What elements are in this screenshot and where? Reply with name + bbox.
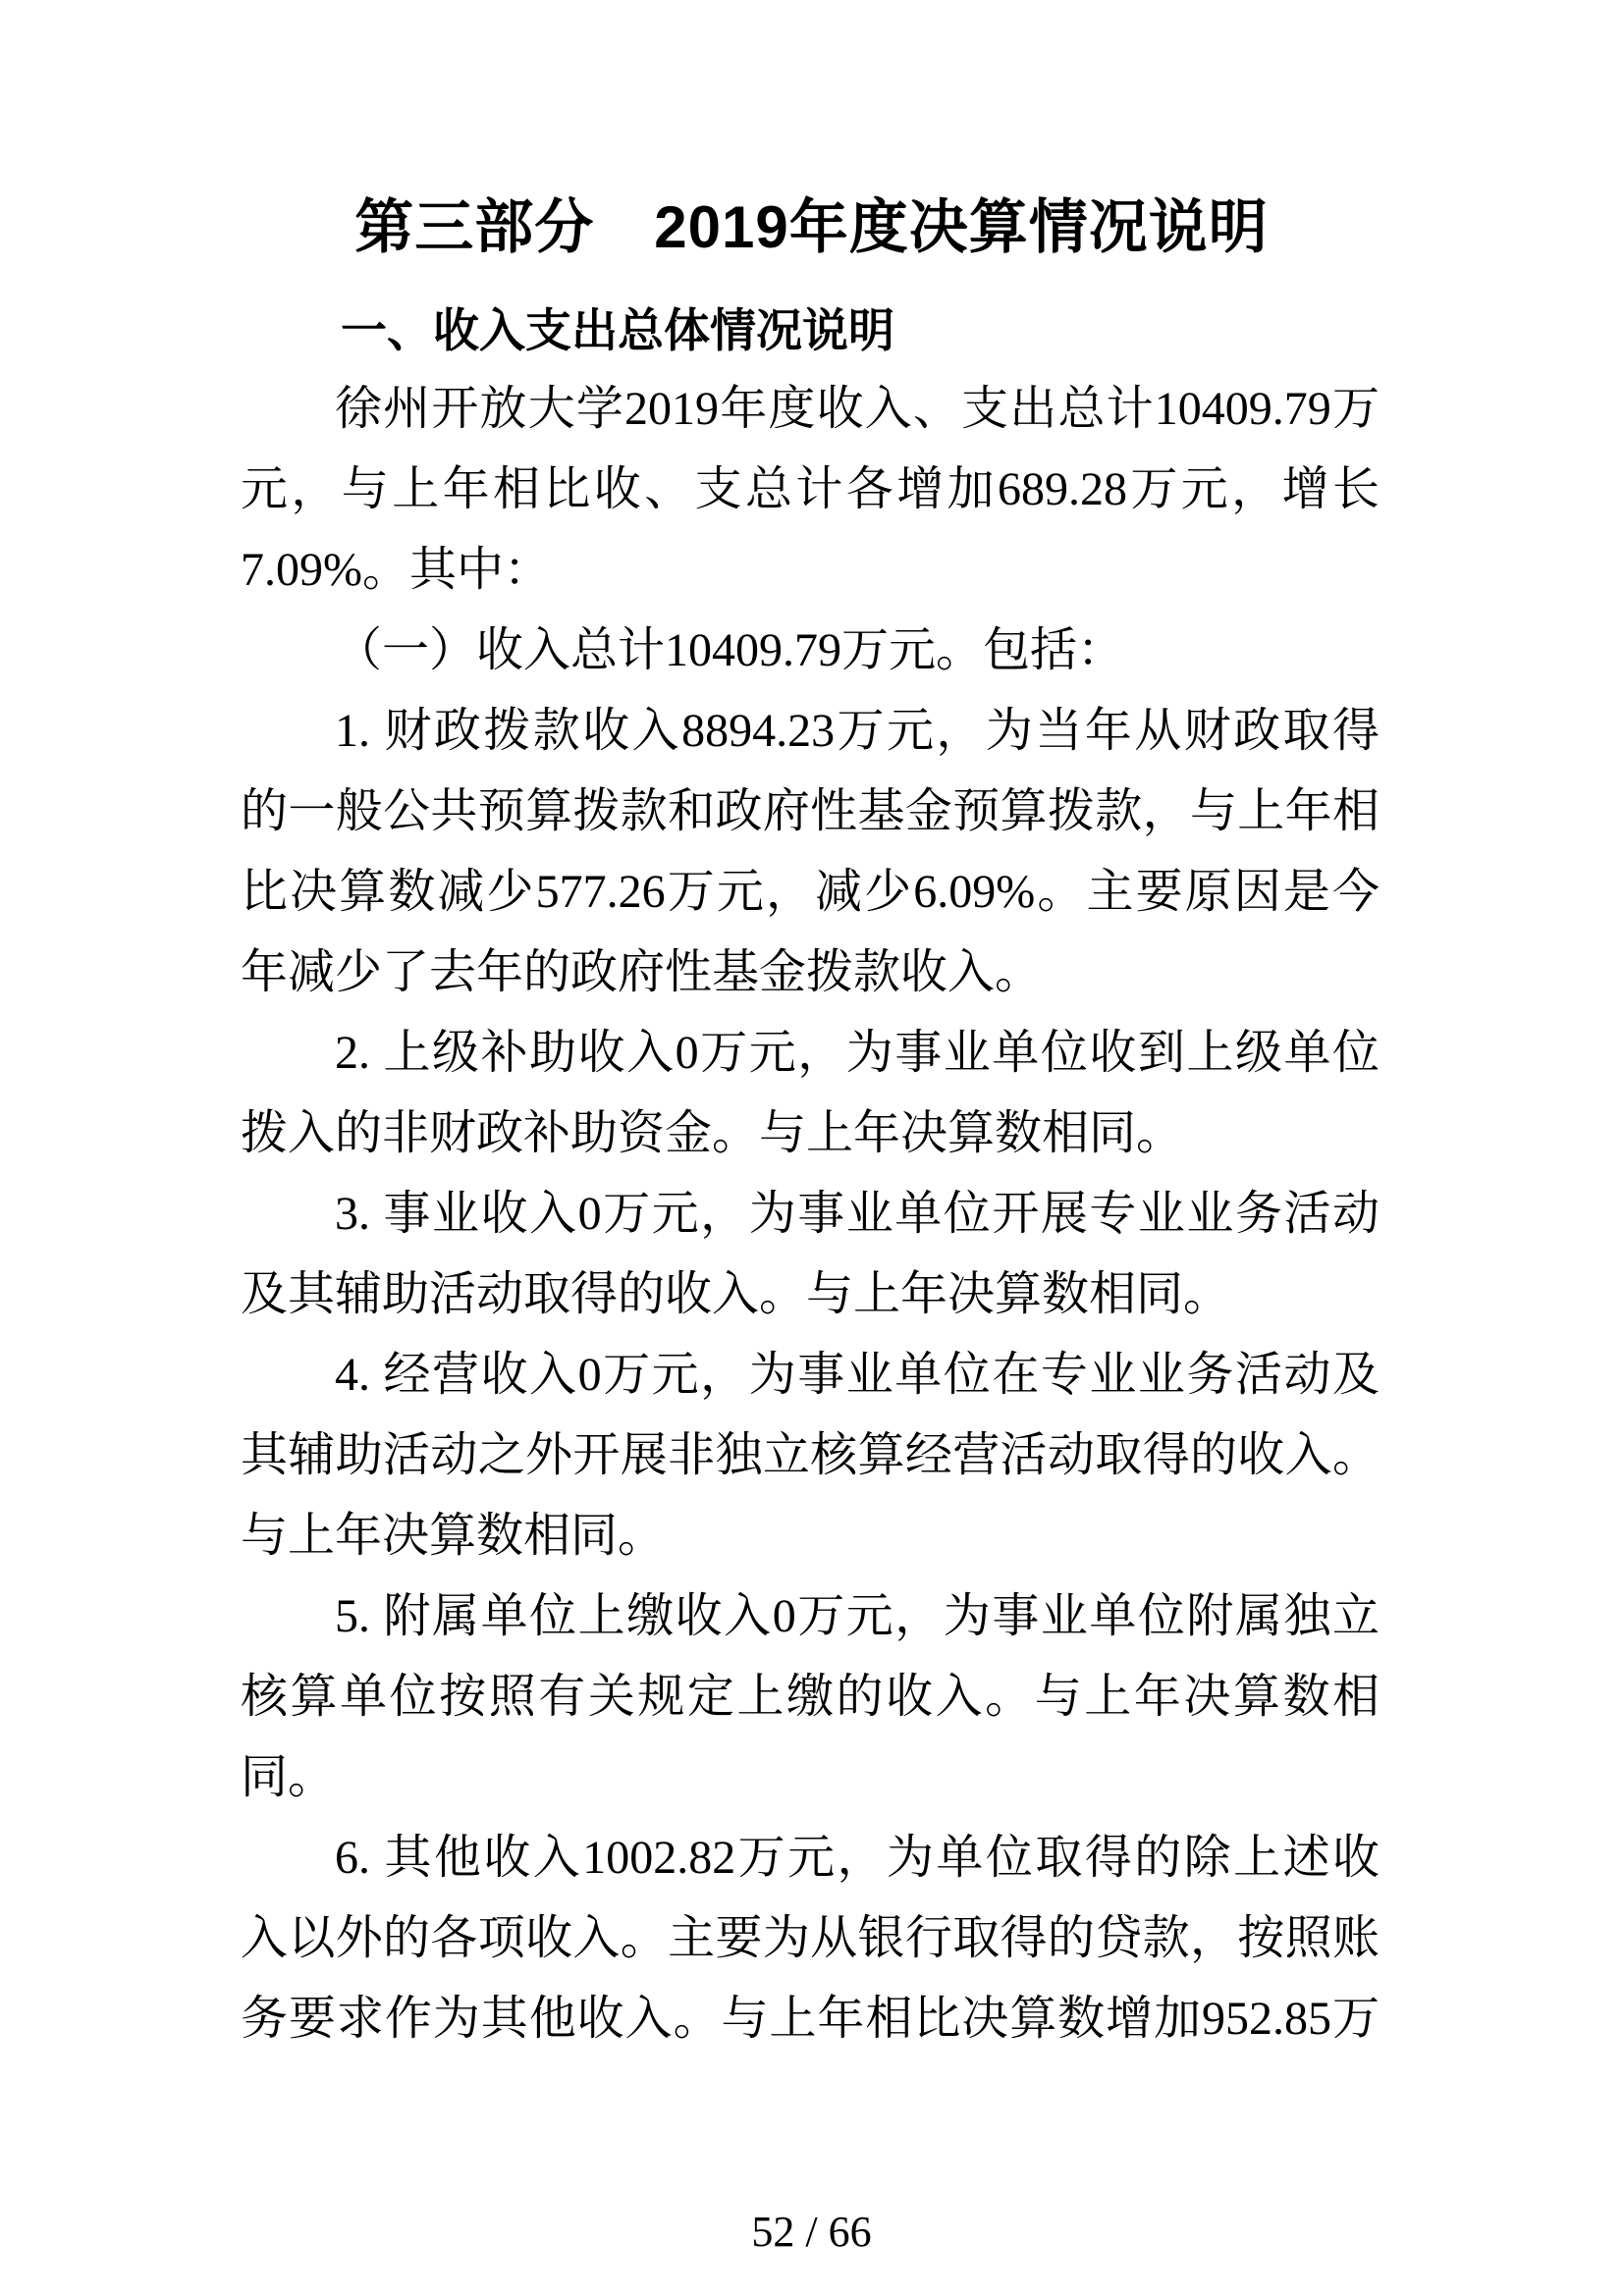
text-line: 同。: [241, 1737, 1380, 1818]
text-line: 拨入的非财政补助资金。与上年决算数相同。: [241, 1094, 1380, 1174]
text-line: 7.09%。其中：: [241, 530, 1380, 611]
text-line: 1. 财政拨款收入8894.23万元，为当年从财政取得: [241, 691, 1380, 772]
text-line: 比决算数减少577.26万元，减少6.09%。主要原因是今: [241, 852, 1380, 933]
text-line: 年减少了去年的政府性基金拨款收入。: [241, 933, 1380, 1013]
page-title: 第三部分 2019年度决算情况说明: [241, 192, 1382, 263]
text-line: 6. 其他收入1002.82万元，为单位取得的除上述收: [241, 1818, 1380, 1898]
text-line: 的一般公共预算拨款和政府性基金预算拨款，与上年相: [241, 772, 1380, 852]
text-line: （一）收入总计10409.79万元。包括：: [241, 611, 1380, 691]
text-line: 与上年决算数相同。: [241, 1496, 1380, 1576]
text-line: 4. 经营收入0万元，为事业单位在专业业务活动及: [241, 1335, 1380, 1415]
text-line: 5. 附属单位上缴收入0万元，为事业单位附属独立: [241, 1576, 1380, 1657]
document-page: 第三部分 2019年度决算情况说明 一、收入支出总体情况说明 徐州开放大学201…: [0, 0, 1623, 2296]
text-line: 3. 事业收入0万元，为事业单位开展专业业务活动: [241, 1174, 1380, 1255]
text-line: 入以外的各项收入。主要为从银行取得的贷款，按照账: [241, 1898, 1380, 1979]
text-line: 其辅助活动之外开展非独立核算经营活动取得的收入。: [241, 1415, 1380, 1496]
text-line: 核算单位按照有关规定上缴的收入。与上年决算数相: [241, 1657, 1380, 1737]
page-number: 52 / 66: [0, 2207, 1623, 2257]
text-line: 务要求作为其他收入。与上年相比决算数增加952.85万: [241, 1979, 1380, 2059]
text-line: 元，与上年相比收、支总计各增加689.28万元，增长: [241, 450, 1380, 530]
text-line: 及其辅助活动取得的收入。与上年决算数相同。: [241, 1255, 1380, 1335]
text-line: 2. 上级补助收入0万元，为事业单位收到上级单位: [241, 1013, 1380, 1094]
text-line: 徐州开放大学2019年度收入、支出总计10409.79万: [241, 369, 1380, 450]
section-heading: 一、收入支出总体情况说明: [241, 293, 1382, 369]
body-text: 徐州开放大学2019年度收入、支出总计10409.79万 元，与上年相比收、支总…: [241, 369, 1380, 2059]
